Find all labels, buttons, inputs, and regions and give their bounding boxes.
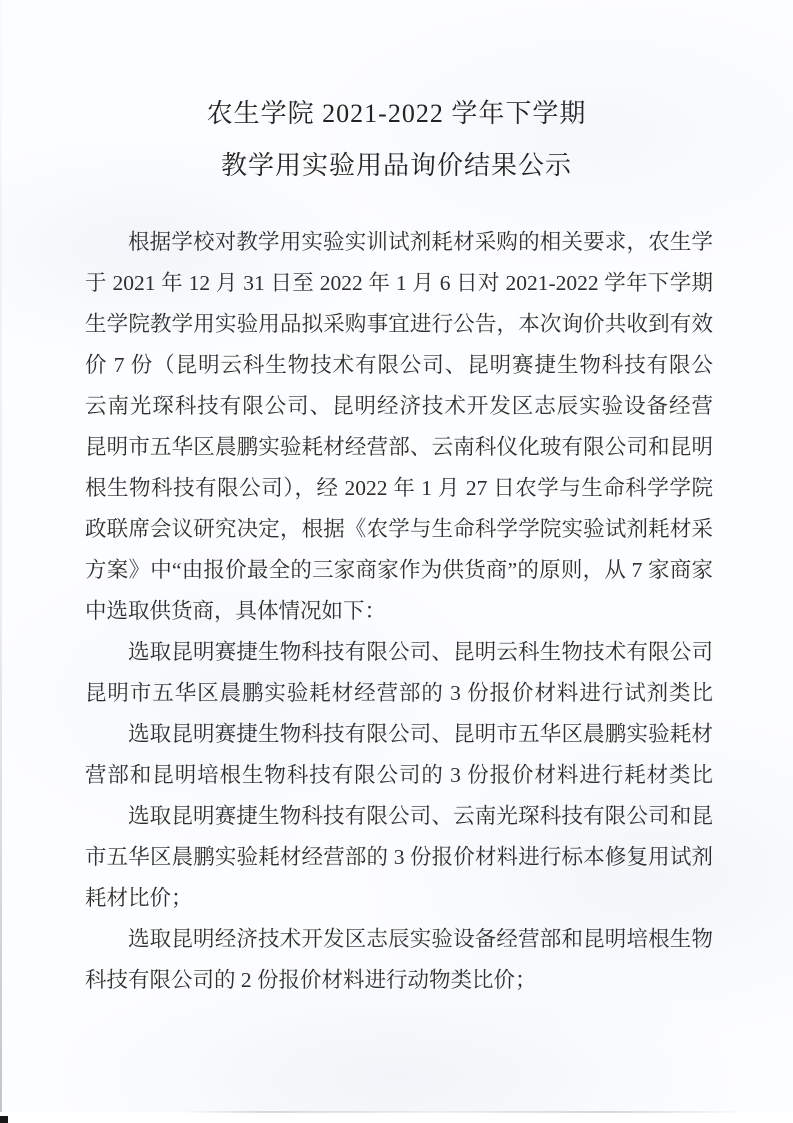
body-line: 价 7 份（昆明云科生物技术有限公司、昆明赛捷生物科技有限公司、 [85,345,713,386]
body-line: 科技有限公司的 2 份报价材料进行动物类比价； [85,960,713,1001]
title-line-1: 农生学院 2021-2022 学年下学期 [0,88,793,140]
body-line: 营部和昆明培根生物科技有限公司的 3 份报价材料进行耗材类比价； [85,755,713,796]
body-line: 选取昆明赛捷生物科技有限公司、云南光琛科技有限公司和昆明 [85,796,713,837]
body-line: 于 2021 年 12 月 31 日至 2022 年 1 月 6 日对 2021… [85,263,713,304]
scan-left-edge-shadow [0,0,2,1123]
body-line: 中选取供货商，具体情况如下： [85,591,713,632]
scan-corner-mark [0,1116,8,1123]
body-line: 耗材比价； [85,878,713,919]
title-line-2: 教学用实验用品询价结果公示 [0,140,793,192]
body-line: 市五华区晨鹏实验耗材经营部的 3 份报价材料进行标本修复用试剂 [85,837,713,878]
scanned-document-page: 农生学院 2021-2022 学年下学期 教学用实验用品询价结果公示 根据学校对… [0,0,793,1123]
document-title: 农生学院 2021-2022 学年下学期 教学用实验用品询价结果公示 [0,88,793,192]
scan-bottom-smudge-line [180,1111,750,1113]
body-line: 生学院教学用实验用品拟采购事宜进行公告，本次询价共收到有效报 [85,304,713,345]
body-line: 选取昆明赛捷生物科技有限公司、昆明市五华区晨鹏实验耗材经 [85,714,713,755]
body-line: 昆明市五华区晨鹏实验耗材经营部的 3 份报价材料进行试剂类比价； [85,673,713,714]
body-line: 选取昆明经济技术开发区志辰实验设备经营部和昆明培根生物 [85,919,713,960]
document-body: 根据学校对教学用实验实训试剂耗材采购的相关要求，农生学院 于 2021 年 12… [85,222,713,1001]
body-line: 云南光琛科技有限公司、昆明经济技术开发区志辰实验设备经营部、 [85,386,713,427]
body-line: 政联席会议研究决定，根据《农学与生命科学学院实验试剂耗材采购 [85,509,713,550]
body-line: 昆明市五华区晨鹏实验耗材经营部、云南科仪化玻有限公司和昆明培 [85,427,713,468]
body-line: 选取昆明赛捷生物科技有限公司、昆明云科生物技术有限公司和 [85,632,713,673]
scan-bottom-strip [0,1112,793,1123]
body-line: 根据学校对教学用实验实训试剂耗材采购的相关要求，农生学院 [85,222,713,263]
body-line: 方案》中“由报价最全的三家商家作为供货商”的原则，从 7 家商家 [85,550,713,591]
body-line: 根生物科技有限公司），经 2022 年 1 月 27 日农学与生命科学学院党 [85,468,713,509]
